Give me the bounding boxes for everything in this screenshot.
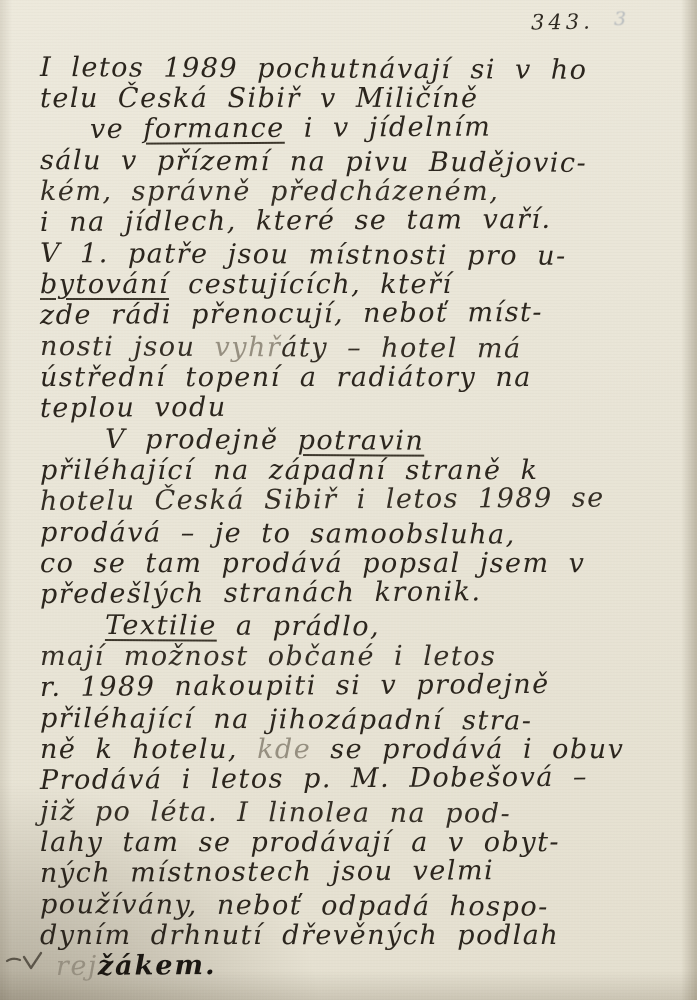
handwritten-segment: telu Česká Sibiř v Miličíně [40, 83, 479, 114]
handwritten-segment: nosti jsou [40, 331, 215, 363]
handwritten-segment-underline: potravin [298, 425, 425, 457]
handwritten-segment-heavy: žákem. [98, 950, 217, 982]
handwritten-segment: přiléhající na jihozápadní stra- [40, 703, 533, 737]
handwritten-segment: ve [90, 114, 144, 145]
handwritten-segment-faint: kde [257, 734, 311, 765]
handwritten-segment: se prodává i obuv [311, 734, 624, 765]
handwritten-segment: hotelu Česká Sibiř i letos 1989 se [40, 483, 605, 517]
handwritten-segment: V prodejně [105, 424, 298, 456]
handwritten-line: dyním drhnutí dřevěných podlah [40, 920, 681, 951]
handwriting-block: I letos 1989 pochutnávají si v hotelu Če… [40, 52, 681, 982]
handwritten-line: ných místnostech jsou velmi [40, 854, 681, 889]
handwritten-segment: co se tam prodává popsal jsem v [40, 548, 585, 579]
handwritten-line: bytování cestujících, kteří [40, 269, 681, 300]
handwritten-segment: kém, správně předcházeném, [40, 176, 499, 207]
handwritten-segment: zde rádi přenocují, neboť míst- [40, 297, 543, 331]
handwritten-line: Textilie a prádlo, [105, 610, 681, 644]
handwritten-line: zde rádi přenocují, neboť míst- [40, 296, 681, 331]
handwritten-line: již po léta. I linolea na pod- [40, 796, 681, 830]
handwritten-segment: sálu v přízemí na pivu Budějovic- [40, 145, 587, 179]
handwritten-segment: V 1. patře jsou místnosti pro u- [40, 238, 567, 272]
handwritten-line: lahy tam se prodávají a v obyt- [40, 827, 681, 858]
handwritten-segment: ných místnostech jsou velmi [40, 855, 494, 889]
handwritten-segment: i v jídelním [285, 112, 492, 144]
handwritten-line: ně k hotelu, kde se prodává i obuv [40, 734, 681, 765]
handwritten-segment: i na jídlech, které se tam vaří. [40, 204, 552, 238]
handwritten-segment: Prodává i letos p. M. Dobešová – [40, 762, 588, 796]
handwritten-segment-faint: vyhř [214, 332, 281, 363]
handwritten-line: ústřední topení a radiátory na [40, 362, 681, 393]
handwritten-segment: ústřední topení a radiátory na [40, 362, 532, 393]
handwritten-line: nosti jsou vyhřáty – hotel má [40, 331, 681, 365]
handwritten-line: V 1. patře jsou místnosti pro u- [40, 238, 681, 272]
handwritten-line: mají možnost občané i letos [40, 641, 681, 672]
handwritten-segment: mají možnost občané i letos [40, 641, 496, 672]
handwritten-line: I letos 1989 pochutnávají si v ho [40, 52, 681, 86]
handwritten-segment: ně k hotelu, [40, 734, 257, 765]
ghost-page-number: 3 [614, 8, 626, 30]
handwritten-line: sálu v přízemí na pivu Budějovic- [40, 145, 681, 179]
handwritten-segment: přiléhající na západní straně k [40, 455, 538, 486]
handwritten-line: prodává – je to samoobsluha, [40, 517, 681, 551]
handwritten-segment: a prádlo, [217, 611, 380, 643]
handwritten-line: rejžákem. [56, 947, 681, 982]
handwritten-segment-underline: bytování [40, 269, 169, 300]
handwritten-segment-underline: Textilie [105, 610, 217, 642]
handwritten-segment: již po léta. I linolea na pod- [40, 796, 511, 829]
page-number: 343. [531, 9, 594, 34]
handwritten-segment-faint: rej [56, 951, 98, 982]
handwritten-segment: lahy tam se prodávají a v obyt- [40, 827, 560, 858]
handwritten-line: přiléhající na jihozápadní stra- [40, 703, 681, 737]
handwritten-line: V prodejně potravin [105, 424, 681, 458]
handwritten-line: Prodává i letos p. M. Dobešová – [40, 761, 681, 796]
handwritten-line: hotelu Česká Sibiř i letos 1989 se [40, 482, 681, 517]
handwritten-line: teplou vodu [40, 389, 681, 424]
handwritten-line: co se tam prodává popsal jsem v [40, 548, 681, 579]
handwritten-line: používány, neboť odpadá hospo- [40, 889, 681, 923]
handwritten-line: přiléhající na západní straně k [40, 455, 681, 486]
chronicle-page: 3 343. I letos 1989 pochutnávají si v ho… [0, 0, 697, 1000]
handwritten-line: telu Česká Sibiř v Miličíně [40, 83, 681, 114]
handwritten-segment: r. 1989 nakoupiti si v prodejně [40, 669, 550, 703]
handwritten-line: r. 1989 nakoupiti si v prodejně [40, 668, 681, 703]
handwritten-segment: I letos 1989 pochutnávají si v ho [40, 52, 588, 86]
handwritten-segment: áty – hotel má [281, 332, 521, 364]
handwritten-line: kém, správně předcházeném, [40, 176, 681, 207]
handwritten-line: ve formance i v jídelním [90, 110, 681, 145]
handwritten-segment-underline: formance [143, 113, 285, 145]
handwritten-line: předešlých stranách kronik. [40, 575, 681, 610]
handwritten-line: i na jídlech, které se tam vaří. [40, 203, 681, 238]
margin-check-mark [5, 946, 51, 976]
handwritten-segment: cestujících, kteří [169, 269, 452, 300]
handwritten-segment: používány, neboť odpadá hospo- [40, 889, 549, 923]
handwritten-segment: teplou vodu [40, 392, 227, 424]
handwritten-segment: dyním drhnutí dřevěných podlah [40, 920, 559, 951]
handwritten-segment: prodává – je to samoobsluha, [40, 517, 516, 550]
handwritten-segment: předešlých stranách kronik. [40, 576, 482, 610]
